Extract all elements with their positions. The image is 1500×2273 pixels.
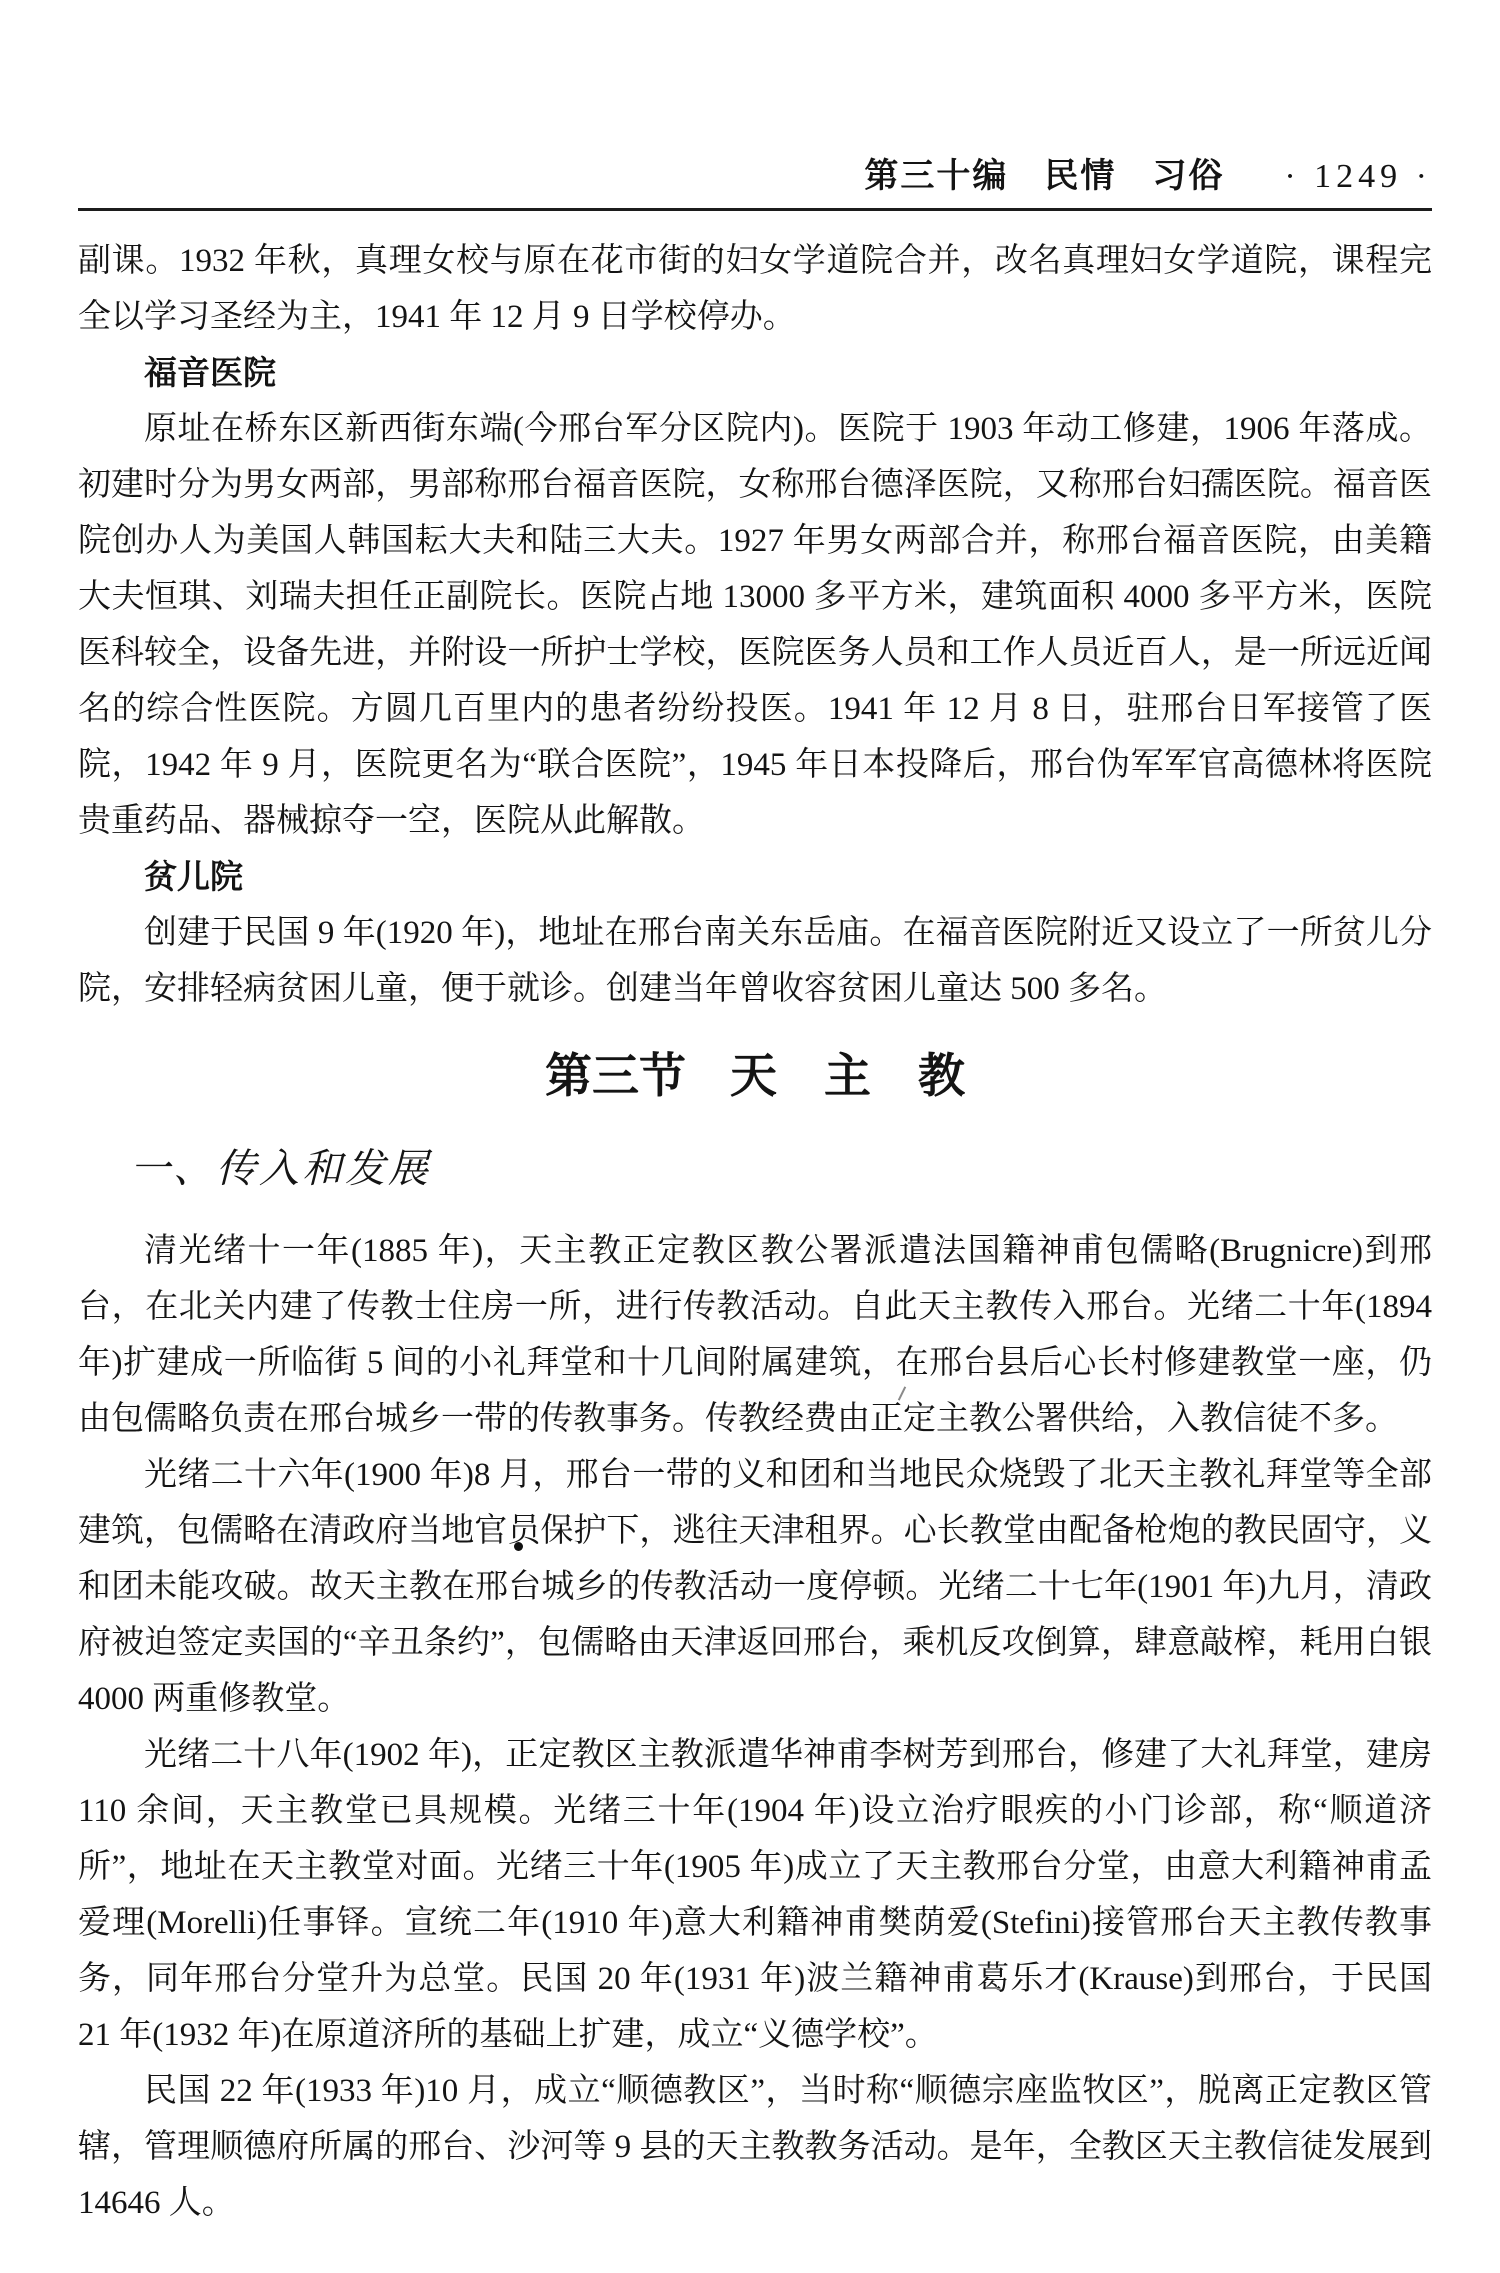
paragraph-catholic-arrival-1885: 清光绪十一年(1885 年)，天主教正定教区教公署派遣法国籍神甫包儒略(Brug… <box>78 1223 1432 1447</box>
paragraph-gospel-hospital: 原址在桥东区新西街东端(今邢台军分区院内)。医院于 1903 年动工修建，190… <box>78 401 1432 849</box>
subheading-poor-children-home: 贫儿院 <box>78 849 1432 905</box>
page-body: 副课。1932 年秋，真理女校与原在花市街的妇女学道院合并，改名真理妇女学道院，… <box>78 233 1432 2231</box>
header-divider-rule <box>78 208 1432 211</box>
paragraph-shunde-diocese-1933: 民国 22 年(1933 年)10 月，成立“顺德教区”，当时称“顺德宗座监牧区… <box>78 2063 1432 2231</box>
scan-artifact-paren: ( <box>315 804 324 834</box>
paragraph-boxer-uprising-1900: 光绪二十六年(1900 年)8 月，邢台一带的义和团和当地民众烧毁了北天主教礼拜… <box>78 1447 1432 1727</box>
header-page-number: · 1249 · <box>1284 158 1432 196</box>
subsection-heading-introduction-development: 一、传入和发展 <box>130 1139 1432 1199</box>
paragraph-school-continuation: 副课。1932 年秋，真理女校与原在花市街的妇女学道院合并，改名真理妇女学道院，… <box>78 233 1432 345</box>
subheading-gospel-hospital: 福音医院 <box>78 345 1432 401</box>
section-heading-catholicism: 第三节天 主 教 <box>78 1043 1432 1109</box>
header-section-title: 第三十编 民情 习俗 <box>864 148 1224 197</box>
section-number: 第三节 <box>545 1049 686 1102</box>
paragraph-church-expansion-1902: 光绪二十八年(1902 年)，正定教区主教派遣华神甫李树芳到邢台，修建了大礼拜堂… <box>78 1727 1432 2063</box>
scan-artifact-ink-dot <box>514 1542 523 1551</box>
paragraph-poor-children-home: 创建于民国 9 年(1920 年)，地址在邢台南关东岳庙。在福音医院附近又设立了… <box>78 905 1432 1017</box>
book-page: 第三十编 民情 习俗 · 1249 · 副课。1932 年秋，真理女校与原在花市… <box>0 0 1500 2273</box>
page-header: 第三十编 民情 习俗 · 1249 · <box>78 0 1432 197</box>
section-title: 天 主 教 <box>730 1049 965 1102</box>
